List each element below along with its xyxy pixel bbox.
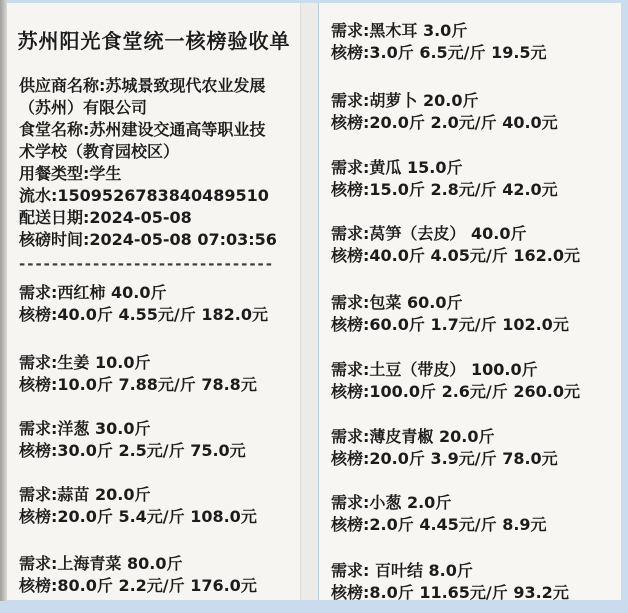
- item-block-shanghai-greens: 需求:上海青菜 80.0斤 核榜:80.0斤 2.2元/斤 176.0元: [19, 553, 299, 597]
- info-line-serial: 流水:1509526783840489510: [19, 185, 297, 207]
- receipt-left-strip: 苏州阳光食堂统一核榜验收单 供应商名称:苏城景致现代农业发展 （苏州）有限公司 …: [7, 3, 301, 600]
- item-block-cabbage: 需求:包菜 60.0斤 核榜:60.0斤 1.7元/斤 102.0元: [331, 292, 619, 336]
- receipt-right-strip: 需求:黑木耳 3.0斤 核榜:3.0斤 6.5元/斤 19.5元 需求:胡萝卜 …: [318, 3, 621, 600]
- item-block-potato: 需求:土豆（带皮） 100.0斤 核榜:100.0斤 2.6元/斤 260.0元: [331, 359, 619, 403]
- need-line: 需求:包菜 60.0斤: [331, 292, 619, 314]
- page-edge-right: [620, 0, 628, 613]
- check-line: 核榜:20.0斤 5.4元/斤 108.0元: [19, 506, 299, 528]
- info-line-supplier: 供应商名称:苏城景致现代农业发展: [19, 75, 297, 97]
- check-line: 核榜:8.0斤 11.65元/斤 93.2元: [331, 582, 619, 604]
- need-line: 需求:西红柿 40.0斤: [19, 282, 299, 304]
- info-line-canteen-cont: 术学校（教育园校区）: [19, 141, 297, 163]
- page-edge-left-shadow: [0, 0, 7, 601]
- need-line: 需求:黑木耳 3.0斤: [331, 20, 619, 42]
- item-block-onion: 需求:洋葱 30.0斤 核榜:30.0斤 2.5元/斤 75.0元: [19, 418, 299, 462]
- check-line: 核榜:30.0斤 2.5元/斤 75.0元: [19, 440, 299, 462]
- item-block-black-fungus: 需求:黑木耳 3.0斤 核榜:3.0斤 6.5元/斤 19.5元: [331, 20, 619, 64]
- check-line: 核榜:10.0斤 7.88元/斤 78.8元: [19, 374, 299, 396]
- info-line-meal-type: 用餐类型:学生: [19, 163, 297, 185]
- need-line: 需求:生姜 10.0斤: [19, 352, 299, 374]
- info-line-weigh-time: 核磅时间:2024-05-08 07:03:56: [19, 229, 297, 251]
- check-line: 核榜:40.0斤 4.55元/斤 182.0元: [19, 304, 299, 326]
- need-line: 需求:上海青菜 80.0斤: [19, 553, 299, 575]
- item-block-tomato: 需求:西红柿 40.0斤 核榜:40.0斤 4.55元/斤 182.0元: [19, 282, 299, 326]
- need-line: 需求:土豆（带皮） 100.0斤: [331, 359, 619, 381]
- item-block-scallion: 需求:小葱 2.0斤 核榜:2.0斤 4.45元/斤 8.9元: [331, 492, 619, 536]
- item-block-carrot: 需求:胡萝卜 20.0斤 核榜:20.0斤 2.0元/斤 40.0元: [331, 90, 619, 134]
- need-line: 需求:胡萝卜 20.0斤: [331, 90, 619, 112]
- item-block-ginger: 需求:生姜 10.0斤 核榜:10.0斤 7.88元/斤 78.8元: [19, 352, 299, 396]
- need-line: 需求:蒜苗 20.0斤: [19, 484, 299, 506]
- need-line: 需求:洋葱 30.0斤: [19, 418, 299, 440]
- item-block-garlic-sprout: 需求:蒜苗 20.0斤 核榜:20.0斤 5.4元/斤 108.0元: [19, 484, 299, 528]
- scanned-receipt-page: 苏州阳光食堂统一核榜验收单 供应商名称:苏城景致现代农业发展 （苏州）有限公司 …: [0, 0, 628, 613]
- item-block-tofu-knot: 需求: 百叶结 8.0斤 核榜:8.0斤 11.65元/斤 93.2元: [331, 560, 619, 604]
- need-line: 需求:莴笋（去皮） 40.0斤: [331, 223, 619, 245]
- check-line: 核榜:20.0斤 3.9元/斤 78.0元: [331, 448, 619, 470]
- check-line: 核榜:100.0斤 2.6元/斤 260.0元: [331, 381, 619, 403]
- item-block-cucumber: 需求:黄瓜 15.0斤 核榜:15.0斤 2.8元/斤 42.0元: [331, 157, 619, 201]
- check-line: 核榜:60.0斤 1.7元/斤 102.0元: [331, 314, 619, 336]
- info-line-canteen: 食堂名称:苏州建设交通高等职业技: [19, 119, 297, 141]
- check-line: 核榜:80.0斤 2.2元/斤 176.0元: [19, 575, 299, 597]
- info-line-supplier-cont: （苏州）有限公司: [19, 97, 297, 119]
- check-line: 核榜:15.0斤 2.8元/斤 42.0元: [331, 179, 619, 201]
- check-line: 核榜:20.0斤 2.0元/斤 40.0元: [331, 112, 619, 134]
- check-line: 核榜:40.0斤 4.05元/斤 162.0元: [331, 245, 619, 267]
- receipt-header-info: 供应商名称:苏城景致现代农业发展 （苏州）有限公司 食堂名称:苏州建设交通高等职…: [19, 75, 297, 251]
- need-line: 需求: 百叶结 8.0斤: [331, 560, 619, 582]
- receipt-title: 苏州阳光食堂统一核榜验收单: [7, 25, 301, 54]
- item-block-lettuce-stem: 需求:莴笋（去皮） 40.0斤 核榜:40.0斤 4.05元/斤 162.0元: [331, 223, 619, 267]
- check-line: 核榜:2.0斤 4.45元/斤 8.9元: [331, 514, 619, 536]
- info-line-delivery-date: 配送日期:2024-05-08: [19, 207, 297, 229]
- need-line: 需求:小葱 2.0斤: [331, 492, 619, 514]
- item-block-green-pepper: 需求:薄皮青椒 20.0斤 核榜:20.0斤 3.9元/斤 78.0元: [331, 426, 619, 470]
- need-line: 需求:薄皮青椒 20.0斤: [331, 426, 619, 448]
- dashed-separator: -------------------------------: [19, 255, 295, 273]
- need-line: 需求:黄瓜 15.0斤: [331, 157, 619, 179]
- check-line: 核榜:3.0斤 6.5元/斤 19.5元: [331, 42, 619, 64]
